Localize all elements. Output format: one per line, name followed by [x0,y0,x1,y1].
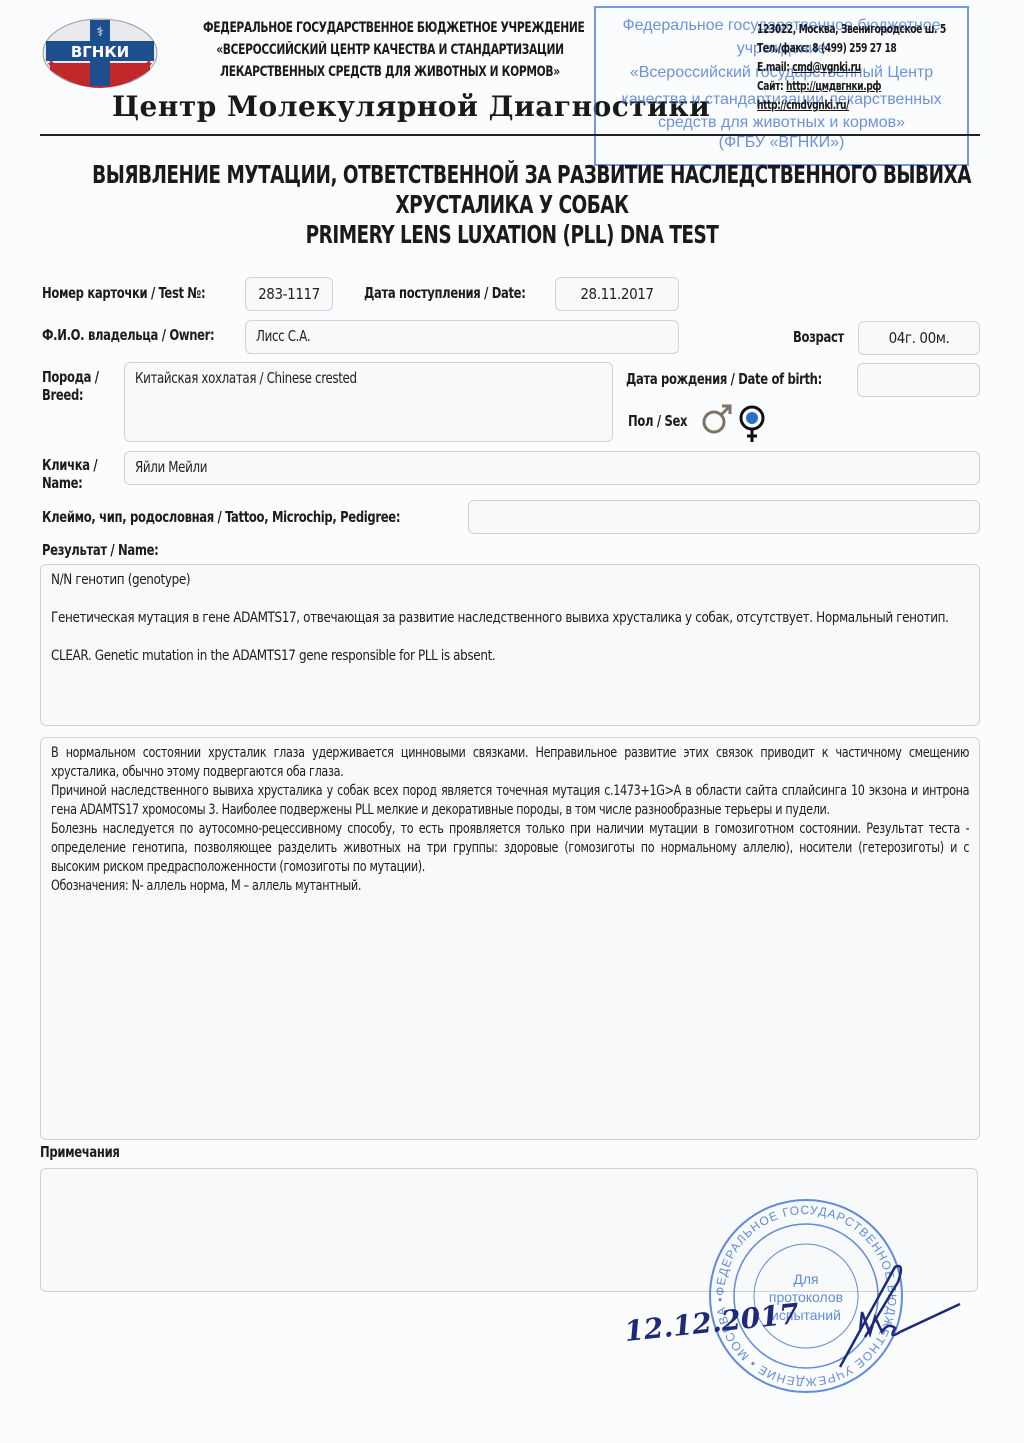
site2-link[interactable]: http://cmdvgnki.ru/ [757,98,849,112]
site2-line: http://cmdvgnki.ru/ [757,96,946,115]
phone: Тел./факс: 8 (499) 259 27 18 [757,39,946,58]
description-paragraph: Обозначения: N- аллель норма, M – аллель… [51,877,969,896]
org-name: ФЕДЕРАЛЬНОЕ ГОСУДАРСТВЕННОЕ БЮДЖЕТНОЕ УЧ… [170,17,610,83]
owner-field[interactable]: Лисс С.А. [245,320,679,354]
stamp-line: (ФГБУ «ВГНКИ») [596,133,967,153]
date-field[interactable]: 28.11.2017 [555,277,679,311]
site-link[interactable]: http://цмдвгнки.рф [786,79,881,93]
document-title: ВЫЯВЛЕНИЕ МУТАЦИИ, ОТВЕТСТВЕННОЙ ЗА РАЗВ… [0,160,1024,250]
name-label-2: Name: [42,474,82,493]
owner-value: Лисс С.А. [256,327,619,345]
owner-label: Ф.И.О. владельца / Owner: [42,326,214,345]
description-paragraph: Причиной наследственного вывиха хрустали… [51,782,969,820]
male-icon [700,402,734,436]
female-icon-selected [737,404,767,446]
male-option[interactable] [700,402,734,436]
date-value: 28.11.2017 [556,285,678,303]
email-label: E.mail: [757,60,792,74]
description-paragraph: Болезнь наследуется по аутосомно-рецесси… [51,820,969,877]
result-genotype: N/N генотип (genotype) [51,571,972,590]
header-divider [40,134,980,136]
age-value: 04г. 00м. [859,329,979,347]
age-field[interactable]: 04г. 00м. [858,321,980,355]
stamp-line: средств для животных и кормов» [596,113,967,133]
contacts: 123022, Москва, Звенигородское ш. 5 Тел.… [757,20,979,115]
title-line-2: ХРУСТАЛИКА У СОБАК [92,190,932,220]
test-no-label: Номер карточки / Test №: [42,284,205,303]
date-label: Дата поступления / Date: [364,284,526,303]
description-box: В нормальном состоянии хрусталик глаза у… [40,737,980,1140]
org-line-2: «ВСЕРОССИЙСКИЙ ЦЕНТР КАЧЕСТВА И СТАНДАРТ… [203,39,577,61]
dob-field[interactable] [857,363,980,397]
female-option[interactable] [737,404,767,446]
site-line: Сайт: http://цмдвгнки.рф [757,77,946,96]
description-paragraph: В нормальном состоянии хрусталик глаза у… [51,744,969,782]
sex-label: Пол / Sex [628,412,687,431]
test-no-value: 283-1117 [246,285,332,303]
name-label-1: Кличка / [42,456,97,475]
result-en: CLEAR. Genetic mutation in the ADAMTS17 … [51,647,972,666]
result-ru: Генетическая мутация в гене ADAMTS17, от… [51,609,972,628]
email-link[interactable]: cmd@vgnki.ru [792,60,861,74]
signature [770,1262,970,1382]
site-label: Сайт: [757,79,786,93]
address: 123022, Москва, Звенигородское ш. 5 [757,20,946,39]
result-label: Результат / Name: [42,541,158,560]
breed-value: Китайская хохлатая / Chinese crested [135,369,546,387]
tattoo-label: Клеймо, чип, родословная / Tattoo, Micro… [42,508,400,527]
age-label: Возраст [793,328,844,347]
org-line-1: ФЕДЕРАЛЬНОЕ ГОСУДАРСТВЕННОЕ БЮДЖЕТНОЕ УЧ… [203,17,577,39]
title-line-1: ВЫЯВЛЕНИЕ МУТАЦИИ, ОТВЕТСТВЕННОЙ ЗА РАЗВ… [92,160,932,190]
logo: ВГНКИ ⚕ [42,18,158,88]
pet-name-value: Яйли Мейли [135,458,869,476]
org-line-3: ЛЕКАРСТВЕННЫХ СРЕДСТВ ДЛЯ ЖИВОТНЫХ И КОР… [203,61,577,83]
breed-field[interactable]: Китайская хохлатая / Chinese crested [124,362,613,442]
svg-text:ВГНКИ: ВГНКИ [71,43,129,61]
pet-name-field[interactable]: Яйли Мейли [124,451,980,485]
email-line: E.mail: cmd@vgnki.ru [757,58,946,77]
dob-label: Дата рождения / Date of birth: [626,370,822,389]
test-no-field[interactable]: 283-1117 [245,277,333,311]
svg-text:⚕: ⚕ [96,25,103,40]
breed-label-2: Breed: [42,386,83,405]
tattoo-field[interactable] [468,500,980,534]
result-box: N/N генотип (genotype) Генетическая мута… [40,564,980,726]
title-line-3: PRIMERY LENS LUXATION (PLL) DNA TEST [92,220,932,250]
notes-label: Примечания [40,1143,119,1162]
breed-label-1: Порода / [42,368,99,387]
